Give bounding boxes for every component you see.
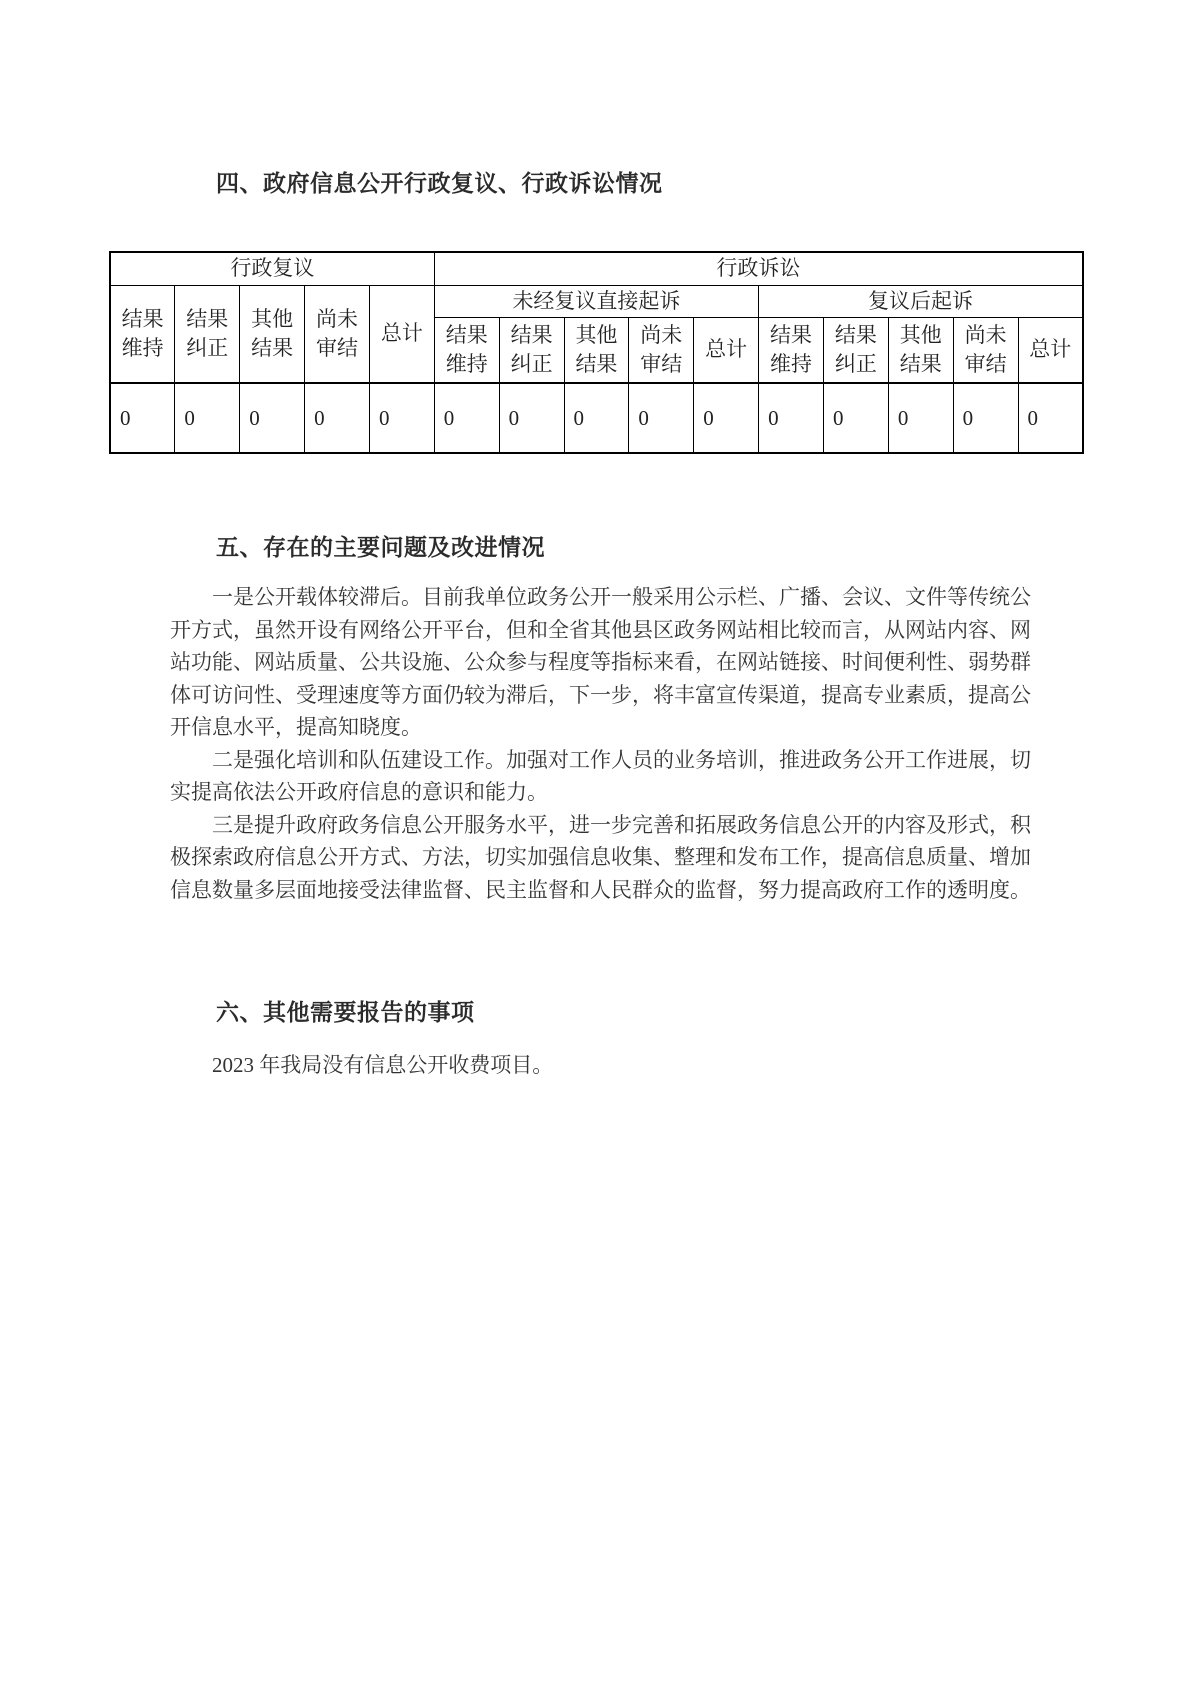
- group-header-reconsideration: 行政复议: [110, 252, 434, 285]
- value-cell: 0: [888, 383, 953, 453]
- value-cell: 0: [564, 383, 629, 453]
- paragraph-1: 一是公开载体较滞后。目前我单位政务公开一般采用公示栏、广播、会议、文件等传统公开…: [170, 581, 1031, 744]
- table-group-header-row: 行政复议 行政诉讼: [110, 252, 1083, 285]
- col-header-result-upheld: 结果维持: [110, 285, 175, 383]
- col-header-result-corrected: 结果纠正: [823, 317, 888, 383]
- value-cell: 0: [240, 383, 305, 453]
- document-page: 四、政府信息公开行政复议、行政诉讼情况 行政复议 行政诉讼 结果维持 结果纠正 …: [0, 0, 1190, 1683]
- col-header-other-result: 其他结果: [240, 285, 305, 383]
- section5-heading: 五、存在的主要问题及改进情况: [170, 532, 1040, 564]
- col-header-result-upheld: 结果维持: [434, 317, 499, 383]
- col-header-result-corrected: 结果纠正: [175, 285, 240, 383]
- value-cell: 0: [499, 383, 564, 453]
- value-cell: 0: [369, 383, 434, 453]
- paragraph-2: 二是强化培训和队伍建设工作。加强对工作人员的业务培训，推进政务公开工作进展，切实…: [170, 744, 1031, 809]
- col-header-other-result: 其他结果: [888, 317, 953, 383]
- subgroup-header-direct-suit: 未经复议直接起诉: [434, 285, 758, 317]
- value-cell: 0: [694, 383, 759, 453]
- value-cell: 0: [434, 383, 499, 453]
- section6-body: 2023 年我局没有信息公开收费项目。: [170, 1049, 1031, 1081]
- section6-heading: 六、其他需要报告的事项: [170, 997, 1040, 1029]
- value-cell: 0: [629, 383, 694, 453]
- col-header-total: 总计: [694, 317, 759, 383]
- table-subgroup-header-row: 结果维持 结果纠正 其他结果 尚未审结 总计 未经复议直接起诉 复议后起诉: [110, 285, 1083, 317]
- value-cell: 0: [175, 383, 240, 453]
- col-header-pending: 尚未审结: [629, 317, 694, 383]
- col-header-total: 总计: [369, 285, 434, 383]
- col-header-total: 总计: [1018, 317, 1083, 383]
- col-header-result-upheld: 结果维持: [759, 317, 824, 383]
- value-cell: 0: [305, 383, 370, 453]
- value-cell: 0: [953, 383, 1018, 453]
- value-cell: 0: [823, 383, 888, 453]
- admin-review-litigation-table: 行政复议 行政诉讼 结果维持 结果纠正 其他结果 尚未审结 总计 未经复议直接起…: [109, 251, 1084, 454]
- value-cell: 0: [759, 383, 824, 453]
- col-header-pending: 尚未审结: [305, 285, 370, 383]
- subgroup-header-suit-after-review: 复议后起诉: [759, 285, 1083, 317]
- col-header-result-corrected: 结果纠正: [499, 317, 564, 383]
- value-cell: 0: [1018, 383, 1083, 453]
- value-cell: 0: [110, 383, 175, 453]
- section5-body: 一是公开载体较滞后。目前我单位政务公开一般采用公示栏、广播、会议、文件等传统公开…: [170, 581, 1031, 906]
- section4-heading: 四、政府信息公开行政复议、行政诉讼情况: [170, 168, 1040, 200]
- col-header-pending: 尚未审结: [953, 317, 1018, 383]
- col-header-other-result: 其他结果: [564, 317, 629, 383]
- table-data-row: 0 0 0 0 0 0 0 0 0 0 0 0 0 0 0: [110, 383, 1083, 453]
- paragraph-3: 三是提升政府政务信息公开服务水平，进一步完善和拓展政务信息公开的内容及形式，积极…: [170, 809, 1031, 907]
- group-header-litigation: 行政诉讼: [434, 252, 1083, 285]
